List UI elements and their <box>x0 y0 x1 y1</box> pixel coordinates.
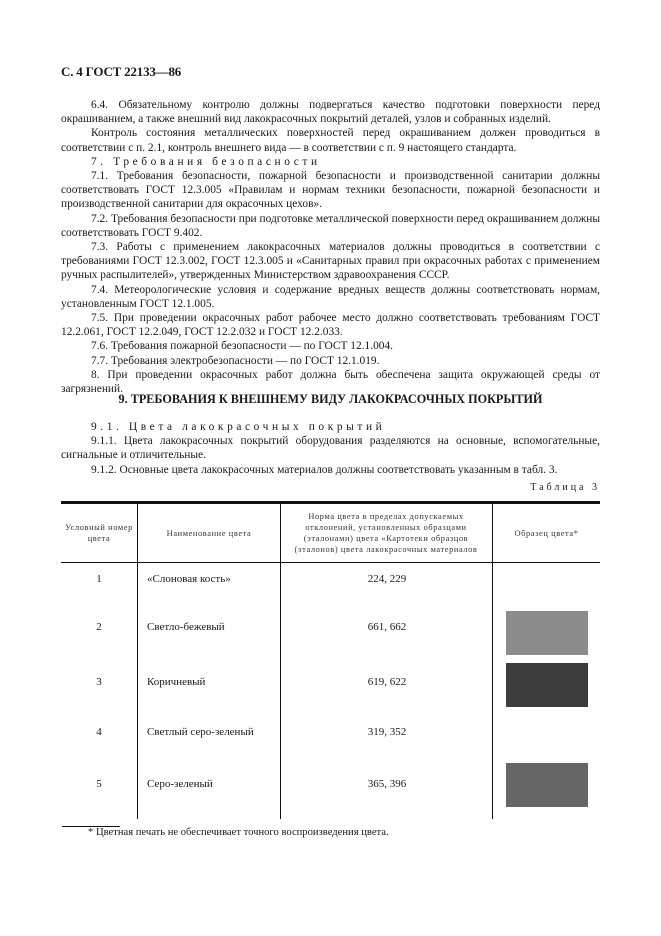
paragraph: 9.1. Цвета лакокрасочных покрытий <box>61 420 600 434</box>
color-number: 3 <box>61 676 137 688</box>
color-name: Светлый серо-зеленый <box>147 726 254 738</box>
table-header-rule <box>61 562 600 563</box>
paragraph: 9.1.2. Основные цвета лакокрасочных мате… <box>61 463 600 477</box>
color-name: «Слоновая кость» <box>147 573 231 585</box>
paragraph: 7.2. Требования безопасности при подгото… <box>61 212 600 240</box>
color-norm: 661, 662 <box>281 621 493 633</box>
color-number: 2 <box>61 621 137 633</box>
paragraph: 7.1. Требования безопасности, пожарной б… <box>61 169 600 212</box>
color-norm: 619, 622 <box>281 676 493 688</box>
paragraph: 7.6. Требования пожарной безопасности — … <box>61 339 600 353</box>
body-text: 6.4. Обязательному контролю должны подве… <box>61 98 600 396</box>
header-number: Условный номер цвета <box>61 504 137 562</box>
paragraph: 7.5. При проведении окрасочных работ раб… <box>61 311 600 339</box>
color-name: Коричневый <box>147 676 205 688</box>
color-number: 1 <box>61 573 137 585</box>
footnote: * Цветная печать не обеспечивает точного… <box>88 827 389 838</box>
paragraph: 9.1.1. Цвета лакокрасочных покрытий обор… <box>61 434 600 462</box>
color-name: Серо-зеленый <box>147 778 213 790</box>
paragraph: 7.3. Работы с применением лакокрасочных … <box>61 240 600 283</box>
paragraph: 7. Требования безопасности <box>61 155 600 169</box>
section-text: 9.1. Цвета лакокрасочных покрытий9.1.1. … <box>61 420 600 477</box>
page-header: С. 4 ГОСТ 22133—86 <box>61 64 181 80</box>
header-name: Наименование цвета <box>138 504 280 562</box>
color-swatch <box>506 663 588 707</box>
paragraph: 7.4. Метеорологические условия и содержа… <box>61 283 600 311</box>
header-sample: Образец цвета* <box>493 504 600 562</box>
column-divider <box>280 504 281 819</box>
section-title: 9. ТРЕБОВАНИЯ К ВНЕШНЕМУ ВИДУ ЛАКОКРАСОЧ… <box>61 392 600 407</box>
color-norm: 365, 396 <box>281 778 493 790</box>
color-norm: 319, 352 <box>281 726 493 738</box>
color-swatch <box>506 763 588 807</box>
color-name: Светло-бежевый <box>147 621 225 633</box>
table-caption: Таблица 3 <box>530 482 600 493</box>
color-number: 4 <box>61 726 137 738</box>
header-norm: Норма цвета в пределах допускаемых откло… <box>285 504 487 562</box>
paragraph: 6.4. Обязательному контролю должны подве… <box>61 98 600 126</box>
paragraph: 7.7. Требования электробезопасности — по… <box>61 354 600 368</box>
color-table: Условный номер цвета Наименование цвета … <box>61 501 600 819</box>
paragraph: Контроль состояния металлических поверхн… <box>61 126 600 154</box>
color-number: 5 <box>61 778 137 790</box>
color-swatch <box>506 611 588 655</box>
color-norm: 224, 229 <box>281 573 493 585</box>
